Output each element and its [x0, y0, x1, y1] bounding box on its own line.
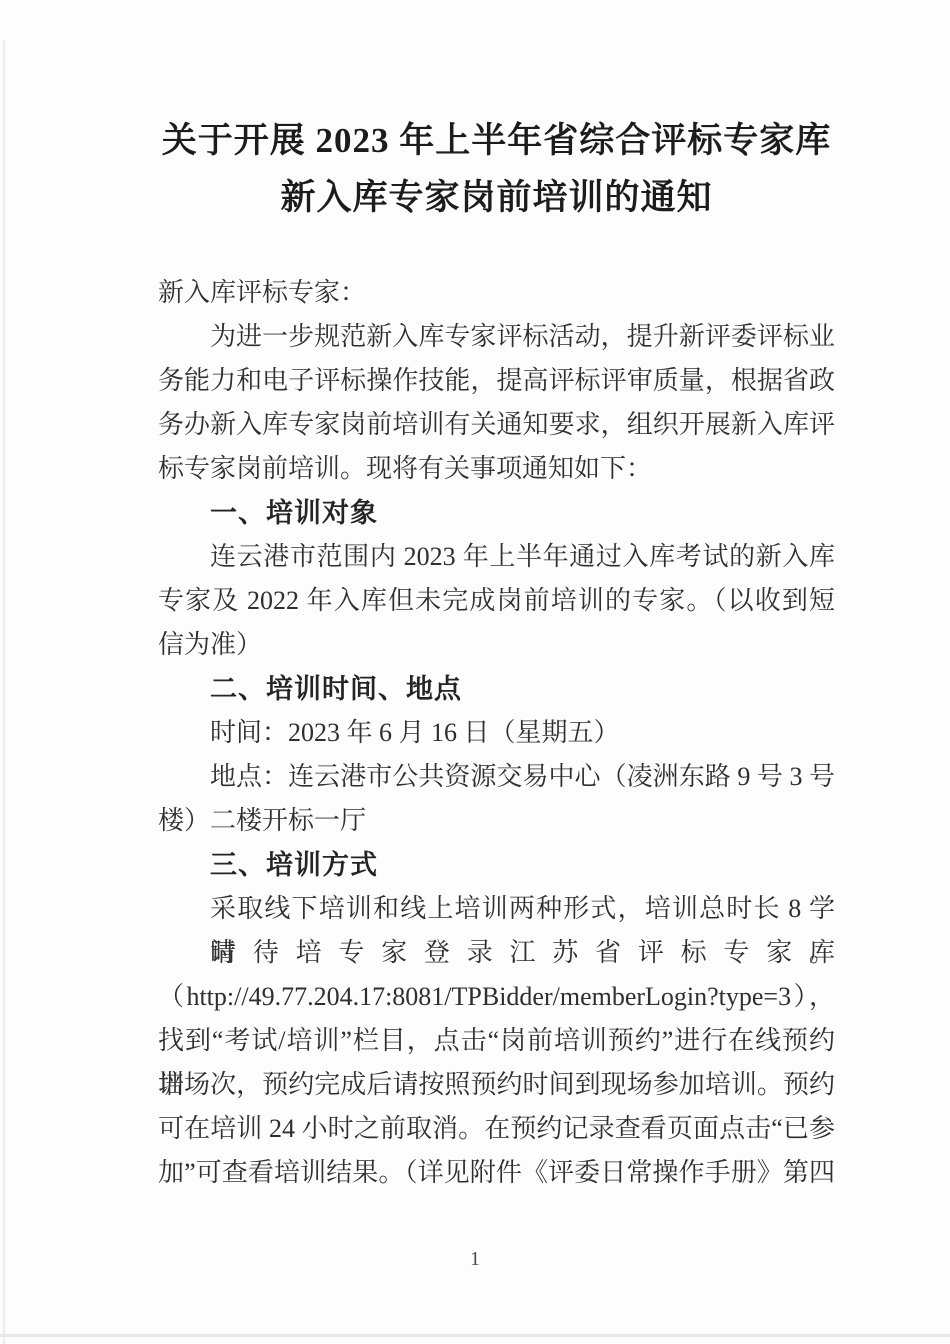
- document-page: 关于开展 2023 年上半年省综合评标专家库 新入库专家岗前培训的通知 新入库评…: [0, 0, 950, 1344]
- document-body: 新入库评标专家：为进一步规范新入库专家评标活动，提升新评委评标业务能力和电子评标…: [158, 271, 835, 1195]
- document-line: 地点：连云港市公共资源交易中心（凌洲东路 9 号 3 号: [158, 755, 835, 799]
- document-line: 加”可查看培训结果。（详见附件《评委日常操作手册》第四: [158, 1151, 835, 1195]
- document-line: 标专家岗前培训。现将有关事项通知如下：: [158, 447, 835, 491]
- document-line: 时间：2023 年 6 月 16 日（星期五）: [158, 711, 835, 755]
- document-line: 连云港市范围内 2023 年上半年通过入库考试的新入库: [158, 535, 835, 579]
- page-number: 1: [0, 1246, 950, 1272]
- document-title-line-1: 关于开展 2023 年上半年省综合评标专家库: [158, 112, 835, 169]
- document-line: 新入库评标专家：: [158, 271, 835, 315]
- document-line: 找到“考试/培训”栏目，点击“岗前培训预约”进行在线预约培: [158, 1019, 835, 1063]
- document-line: 为进一步规范新入库专家评标活动，提升新评委评标业: [158, 315, 835, 359]
- document-line: 务办新入库专家岗前培训有关通知要求，组织开展新入库评: [158, 403, 835, 447]
- document-line: 楼）二楼开标一厅: [158, 799, 835, 843]
- document-line: （http://49.77.204.17:8081/TPBidder/membe…: [158, 975, 835, 1019]
- scan-artifact-bottom-edge: [0, 1334, 950, 1337]
- document-line: 请待培专家登录江苏省评标专家库: [158, 931, 835, 975]
- section-heading: 三、培训方式: [158, 843, 835, 887]
- document-title-line-2: 新入库专家岗前培训的通知: [158, 169, 835, 226]
- section-heading: 二、培训时间、地点: [158, 667, 835, 711]
- document-line: 信为准）: [158, 623, 835, 667]
- document-line: 可在培训 24 小时之前取消。在预约记录查看页面点击“已参: [158, 1107, 835, 1151]
- document-line: 专家及 2022 年入库但未完成岗前培训的专家。（以收到短: [158, 579, 835, 623]
- document-line: 训场次，预约完成后请按照预约时间到现场参加培训。预约: [158, 1063, 835, 1107]
- section-heading: 一、培训对象: [158, 491, 835, 535]
- document-line: 采取线下培训和线上培训两种形式，培训总时长 8 学时。: [158, 887, 835, 931]
- document-line: 务能力和电子评标操作技能，提高评标评审质量，根据省政: [158, 359, 835, 403]
- document-title: 关于开展 2023 年上半年省综合评标专家库 新入库专家岗前培训的通知: [158, 112, 835, 226]
- scan-artifact-left-edge: [3, 40, 5, 1344]
